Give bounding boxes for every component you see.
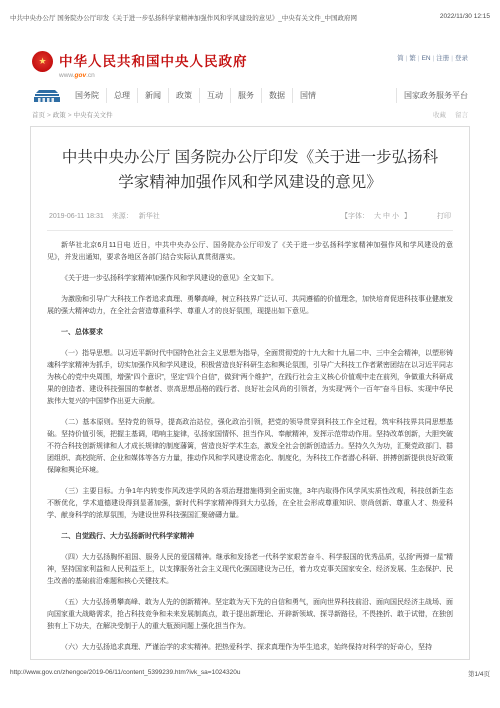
nav-item-3[interactable]: 政策 xyxy=(168,88,199,103)
breadcrumb-tool-0[interactable]: 收藏 xyxy=(433,110,446,119)
print-header-timestamp: 2022/11/30 12:15 xyxy=(440,13,490,20)
nav-item-1[interactable]: 总理 xyxy=(106,88,137,103)
font-size-label-open: 【字体： xyxy=(341,211,369,221)
breadcrumb-separator: > xyxy=(47,112,51,119)
font-size-options: 大中小 xyxy=(373,211,400,221)
site-url: www.gov.cn xyxy=(59,72,248,79)
breadcrumb: 首页>政策>中央有关文件 xyxy=(32,110,113,119)
breadcrumb-tool-1[interactable]: 留言 xyxy=(455,110,468,119)
article-paragraph-6: （三）主要目标。力争1年内转变作风改进学风的各项治理措施得到全面实施，3年内取得… xyxy=(47,486,453,522)
nav-item-7[interactable]: 国情 xyxy=(292,88,323,103)
nav-item-6[interactable]: 数据 xyxy=(261,88,292,103)
article-date: 2019-06-11 18:31 xyxy=(49,213,104,220)
font-size-label-close: 】 xyxy=(404,211,411,221)
main-nav: 国务院总理新闻政策互动服务数据国情国家政务服务平台 xyxy=(0,88,500,103)
top-link-3[interactable]: 注册 xyxy=(436,55,449,62)
print-header: 中共中央办公厅 国务院办公厅印发《关于进一步弘扬科学家精神加强作风和学风建设的意… xyxy=(0,0,500,22)
top-link-separator: | xyxy=(451,55,453,62)
section-heading-3: 一、总体要求 xyxy=(47,327,453,339)
top-link-separator: | xyxy=(433,55,435,62)
site-title: 中华人民共和国中央人民政府 xyxy=(59,50,248,70)
page-number: 第1/4页 xyxy=(468,669,490,678)
nav-item-2[interactable]: 新闻 xyxy=(137,88,168,103)
breadcrumb-item-2[interactable]: 中央有关文件 xyxy=(74,112,113,119)
font-size-option-1[interactable]: 中 xyxy=(383,213,390,220)
nav-item-5[interactable]: 服务 xyxy=(230,88,261,103)
site-header: ★ 中华人民共和国中央人民政府 www.gov.cn 简|繁|EN|注册|登录 xyxy=(0,50,500,79)
article-body: 新华社北京6月11日电 近日，中共中央办公厅、国务院办公厅印发了《关于进一步弘扬… xyxy=(47,240,453,654)
section-heading-7: 二、自觉践行、大力弘扬新时代科学家精神 xyxy=(47,531,453,543)
article-paragraph-5: （二）基本原则。坚持党的领导，提高政治站位，强化政治引领，把党的领导贯穿到科技工… xyxy=(47,417,453,477)
article-paragraph-8: （四）大力弘扬胸怀祖国、服务人民的爱国精神。继承和发扬老一代科学家艰苦奋斗、科学… xyxy=(47,552,453,588)
top-link-separator: | xyxy=(406,55,408,62)
nav-item-0[interactable]: 国务院 xyxy=(68,88,106,103)
print-footer-url: http://www.gov.cn/zhengce/2019-06/11/con… xyxy=(10,669,241,678)
top-links: 简|繁|EN|注册|登录 xyxy=(397,53,468,62)
nav-item-8[interactable]: 国家政务服务平台 xyxy=(396,88,468,103)
nav-item-4[interactable]: 互动 xyxy=(199,88,230,103)
article-title: 中共中央办公厅 国务院办公厅印发《关于进一步弘扬科学家精神加强作风和学风建设的意… xyxy=(61,145,439,195)
article-paragraph-9: （五）大力弘扬勇攀高峰、敢为人先的创新精神。坚定敢为天下先的自信和勇气，面向世界… xyxy=(47,597,453,633)
article-meta-right: 【字体： 大中小 】 打印 xyxy=(341,211,451,221)
breadcrumb-row: 首页>政策>中央有关文件 收藏留言 xyxy=(0,110,500,119)
breadcrumb-item-0[interactable]: 首页 xyxy=(32,112,45,119)
site-logo[interactable]: ★ 中华人民共和国中央人民政府 www.gov.cn xyxy=(32,50,248,79)
top-link-2[interactable]: EN xyxy=(422,55,431,62)
nav-items: 国务院总理新闻政策互动服务数据国情国家政务服务平台 xyxy=(68,88,468,103)
breadcrumb-item-1[interactable]: 政策 xyxy=(53,112,66,119)
print-preview-page: 中共中央办公厅 国务院办公厅印发《关于进一步弘扬科学家精神加强作风和学风建设的意… xyxy=(0,0,500,708)
article-source-label: 来源： xyxy=(112,213,133,220)
top-link-separator: | xyxy=(418,55,420,62)
breadcrumb-tools: 收藏留言 xyxy=(433,110,468,119)
article-paragraph-1: 《关于进一步弘扬科学家精神加强作风和学风建设的意见》全文如下。 xyxy=(47,273,453,285)
top-link-4[interactable]: 登录 xyxy=(455,55,468,62)
article-container: 中共中央办公厅 国务院办公厅印发《关于进一步弘扬科学家精神加强作风和学风建设的意… xyxy=(30,126,470,660)
print-footer: http://www.gov.cn/zhengce/2019-06/11/con… xyxy=(10,669,490,678)
font-size-option-0[interactable]: 大 xyxy=(374,213,381,220)
top-link-1[interactable]: 繁 xyxy=(409,55,416,62)
font-size-option-2[interactable]: 小 xyxy=(392,213,399,220)
article-paragraph-2: 为激励和引导广大科技工作者追求真理、勇攀高峰，树立科技界广泛认可、共同遵循的价值… xyxy=(47,294,453,318)
article-source: 新华社 xyxy=(139,213,160,220)
article-meta: 2019-06-11 18:31 来源：新华社 【字体： 大中小 】 打印 xyxy=(47,207,453,231)
print-header-title: 中共中央办公厅 国务院办公厅印发《关于进一步弘扬科学家精神加强作风和学风建设的意… xyxy=(10,13,357,22)
article-paragraph-10: （六）大力弘扬追求真理、严谨治学的求实精神。把热爱科学、探求真理作为毕生追求，始… xyxy=(47,642,453,654)
top-link-0[interactable]: 简 xyxy=(397,55,404,62)
tiananmen-gate-icon[interactable] xyxy=(32,89,62,103)
article-paragraph-4: （一）指导思想。以习近平新时代中国特色社会主义思想为指导，全面贯彻党的十九大和十… xyxy=(47,348,453,408)
breadcrumb-separator: > xyxy=(68,112,72,119)
article-meta-left: 2019-06-11 18:31 来源：新华社 xyxy=(49,211,166,221)
print-button[interactable]: 打印 xyxy=(437,211,451,221)
national-emblem-icon: ★ xyxy=(32,51,53,72)
article-paragraph-0: 新华社北京6月11日电 近日，中共中央办公厅、国务院办公厅印发了《关于进一步弘扬… xyxy=(47,240,453,264)
